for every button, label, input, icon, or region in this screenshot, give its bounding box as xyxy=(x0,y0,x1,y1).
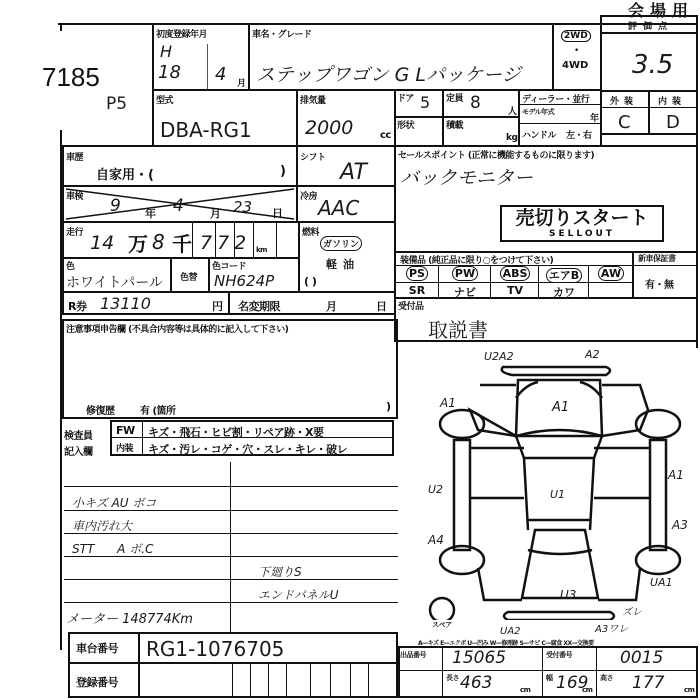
score-value: 3.5 xyxy=(632,50,673,80)
accessories-value: 取説書 xyxy=(428,314,488,343)
displacement-label: 排気量 xyxy=(300,93,326,106)
equipment-airbag[interactable]: エアB xyxy=(540,267,588,283)
shift-value: AT xyxy=(340,160,367,185)
spare-label: スペア xyxy=(432,620,452,630)
exterior-grade: C xyxy=(618,112,631,133)
doors-value: 5 xyxy=(420,93,430,112)
mileage-sen: 8 xyxy=(152,230,165,254)
note-left-2: 車内汚れ大 xyxy=(72,517,132,534)
exterior-label: 外装 xyxy=(610,94,638,107)
score-label: 評価点 xyxy=(628,19,673,32)
usage-label: 車歴 xyxy=(66,150,83,163)
equipment-tv[interactable]: TV xyxy=(492,284,538,297)
damage-mark: UA2 xyxy=(500,626,521,637)
damage-mark: A3 xyxy=(672,518,688,532)
registration-era: H xyxy=(160,42,172,61)
recycle-label: R券 xyxy=(68,298,86,314)
height-value: 177 xyxy=(632,673,664,693)
color-label: 色 xyxy=(66,259,75,272)
receipt-no-value: 0015 xyxy=(620,648,663,668)
inspector-label: 検査員 xyxy=(64,427,93,442)
equipment-ps[interactable]: PS xyxy=(396,267,438,280)
fuel-gasoline-option[interactable]: ガソリン xyxy=(320,236,362,251)
inspection-crossout xyxy=(62,185,298,223)
damage-mark: A2 xyxy=(585,348,600,361)
damage-mark: A1 xyxy=(440,396,456,410)
note-left-6: メーター 148774Km xyxy=(66,608,193,627)
aircon-value: AAC xyxy=(318,196,359,220)
fuel-light-oil-option[interactable]: 軽油 xyxy=(326,256,360,272)
registration-year: 18 xyxy=(158,62,181,83)
damage-mark: A1 xyxy=(668,468,684,482)
lot-number: 7185 xyxy=(42,62,100,93)
interior-items: キズ・汚レ・コゲ・穴・スレ・キレ・破レ xyxy=(148,441,347,457)
damage-mark: A4 xyxy=(428,533,444,547)
car-name-label: 車名・グレード xyxy=(252,27,312,40)
model-year-label: モデル年式 xyxy=(522,107,554,117)
interior-label: 内装 xyxy=(658,94,686,107)
equipment-sr[interactable]: SR xyxy=(396,284,438,297)
lot-note: P5 xyxy=(106,94,127,114)
handle-value: 左・右 xyxy=(566,128,592,141)
notes-label: 注意事項申告欄 (不具合内容等は具体的に記入して下さい) xyxy=(66,322,288,335)
name-change-label: 名変期限 xyxy=(238,298,280,314)
interior-grade: D xyxy=(666,112,680,133)
damage-mark: U1 xyxy=(550,488,565,501)
accessories-label: 受付品 xyxy=(398,299,424,312)
fuel-label: 燃料 xyxy=(302,225,319,238)
mileage-rest: 772 xyxy=(200,232,251,254)
repair-value: 有 (箇所 xyxy=(140,402,176,417)
aircon-label: 冷房 xyxy=(300,189,317,202)
doors-label: ドア xyxy=(397,91,414,104)
car-name-value: ステップワゴン G Lパッケージ xyxy=(256,60,521,87)
drive-2wd-option[interactable]: 2WD xyxy=(561,30,591,42)
registration-number-label: 登録番号 xyxy=(76,674,118,690)
capacity-label: 定員 xyxy=(446,91,463,104)
handle-label: ハンドル xyxy=(522,128,556,141)
sellout-stamp: 売切りスタート SELLOUT xyxy=(500,205,664,242)
note-right-5: エンドパネルU xyxy=(258,586,339,603)
note-left-3: STT A ボ.C xyxy=(72,540,153,557)
auction-no-label: 出品番号 xyxy=(400,650,426,660)
chassis-value: RG1-1076705 xyxy=(146,637,284,661)
mileage-label: 走行 xyxy=(66,225,83,238)
mileage-man: 14 xyxy=(90,232,114,254)
receipt-no-label: 受付番号 xyxy=(546,650,572,660)
repaint-label: 色替 xyxy=(180,270,197,283)
repair-label: 修復歴 xyxy=(86,402,115,417)
sales-point-value: バックモニター xyxy=(400,163,533,190)
equipment-abs[interactable]: ABS xyxy=(492,267,538,280)
equipment-pw[interactable]: PW xyxy=(440,267,490,280)
registration-label: 初度登録年月 xyxy=(156,27,207,40)
color-code-label: 色コード xyxy=(212,259,246,272)
warranty-value[interactable]: 有・無 xyxy=(645,276,674,291)
damage-mark: U2 xyxy=(428,483,443,496)
sales-point-label: セールスポイント (正常に機能するものに限ります) xyxy=(398,148,594,161)
equipment-aw[interactable]: AW xyxy=(590,267,632,280)
color-value: ホワイトパール xyxy=(66,272,163,292)
auction-no-value: 15065 xyxy=(452,648,506,668)
recycle-value: 13110 xyxy=(100,294,151,313)
load-label: 積載 xyxy=(446,118,463,131)
fw-items: キズ・飛石・ヒビ割・リペア跡・X要 xyxy=(148,424,324,440)
usage-value: 自家用・( xyxy=(96,164,154,183)
drive-4wd-option[interactable]: 4WD xyxy=(562,60,588,71)
model-value: DBA-RG1 xyxy=(160,118,252,142)
damage-mark: U3 xyxy=(560,588,576,602)
registration-month: 4 xyxy=(215,64,226,85)
length-value: 463 xyxy=(460,673,492,693)
damage-mark: ズレ xyxy=(622,603,642,618)
model-label: 型式 xyxy=(156,93,173,106)
shape-label: 形状 xyxy=(397,118,414,131)
capacity-value: 8 xyxy=(470,93,481,113)
shift-label: シフト xyxy=(300,150,326,163)
displacement-value: 2000 xyxy=(305,117,353,139)
note-left-1: 小キズ AU ボコ xyxy=(72,494,156,511)
color-code-value: NH624P xyxy=(214,272,274,290)
warranty-label: 新車保証書 xyxy=(638,253,676,264)
damage-mark: A3ワレ xyxy=(595,620,628,635)
damage-mark: UA1 xyxy=(650,576,673,589)
chassis-label: 車台番号 xyxy=(76,640,118,656)
note-right-4: 下廻りS xyxy=(258,563,302,580)
damage-mark: A1 xyxy=(552,400,569,415)
damage-mark: U2A2 xyxy=(484,350,514,363)
